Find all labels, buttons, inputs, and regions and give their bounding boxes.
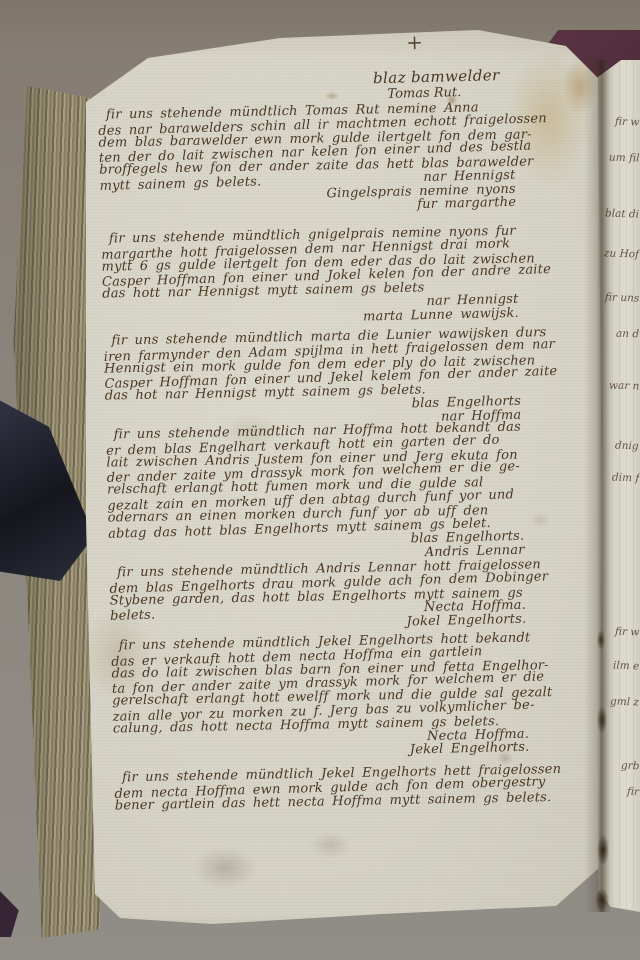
facing-page-text-fragment: dnig (615, 440, 639, 453)
paragraph-5: fir uns stehende mündtlich Andris Lennar… (109, 556, 607, 637)
facing-page-text-fragment: fir w (614, 626, 639, 639)
facing-page-text-fragment: fir w (614, 116, 639, 129)
facing-page-text-fragment: um fil (608, 151, 639, 164)
gutter-shadow (584, 60, 612, 912)
paragraph-2: fir uns stehende mündtlich gnigelprais n… (101, 222, 599, 331)
facing-page-text-fragment: gml z (610, 695, 639, 708)
paragraph-3: fir uns stehende mündtlich marta die Lun… (103, 324, 601, 433)
facing-page-text-fragment: dim f (612, 472, 640, 485)
photo-background: fir wum filblat dizu Hoffir unsan dwar n… (0, 0, 640, 960)
manuscript-text-layer: + blaz bamwelder Tomas Rut. fir uns steh… (93, 0, 616, 960)
interline-name: Tomas Rut. (387, 85, 461, 102)
paragraph-7: fir uns stehende mündtlich Jekel Engelho… (114, 761, 611, 814)
facing-page-text-fragment: fir (627, 786, 639, 798)
paragraph-1: fir uns stehende mündtlich Tomas Rut nem… (98, 98, 597, 220)
entry-heading: blaz bamwelder (373, 66, 500, 87)
facing-page-text-fragment: grb (620, 760, 639, 773)
navy-cover-corner-bottom (0, 891, 26, 937)
paragraph-6: fir uns stehende mündtlich Jekel Engelho… (111, 629, 610, 765)
cross-mark: + (406, 30, 423, 54)
facing-page-text-fragment: war n (608, 379, 639, 392)
facing-page-text-fragment: an d (616, 328, 639, 341)
manuscript-page: 348 + blaz bamwelder Tomas Rut. fir uns … (0, 0, 640, 960)
facing-page-text-fragment: ilm e (613, 660, 640, 673)
paragraph-4: fir uns stehende mündtlich nar Hoffma ho… (106, 418, 605, 568)
